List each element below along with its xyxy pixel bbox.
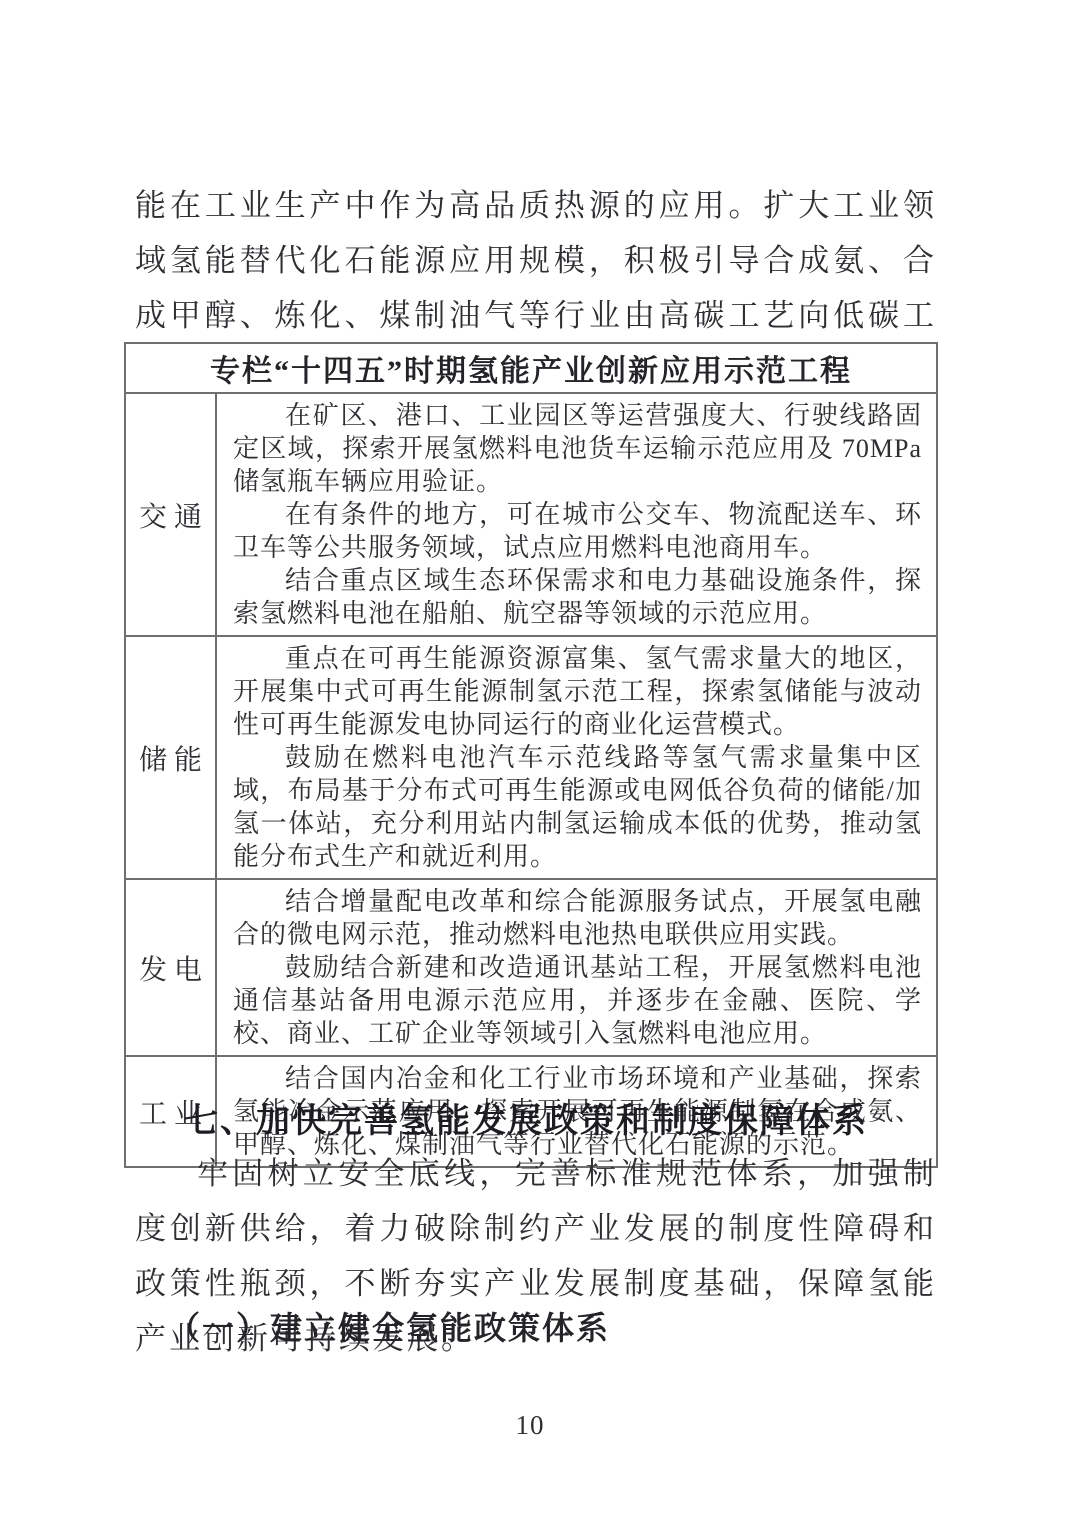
subsection-heading: （一）建立健全氢能政策体系 (168, 1303, 610, 1349)
row-content-power: 结合增量配电改革和综合能源服务试点，开展氢电融合的微电网示范，推动燃料电池热电联… (216, 879, 937, 1056)
cell-paragraph: 重点在可再生能源资源富集、氢气需求量大的地区，开展集中式可再生能源制氢示范工程，… (233, 642, 922, 741)
table-row: 发电 结合增量配电改革和综合能源服务试点，开展氢电融合的微电网示范，推动燃料电池… (125, 879, 937, 1056)
row-label-storage: 储能 (125, 636, 216, 879)
section-heading: 七、加快完善氢能发展政策和制度保障体系 (184, 1093, 868, 1142)
row-label-transport: 交通 (125, 393, 216, 636)
row-label-power: 发电 (125, 879, 216, 1056)
cell-paragraph: 结合重点区域生态环保需求和电力基础设施条件，探索氢燃料电池在船舶、航空器等领域的… (233, 564, 922, 630)
row-content-transport: 在矿区、港口、工业园区等运营强度大、行驶线路固定区域，探索开展氢燃料电池货车运输… (216, 393, 937, 636)
cell-paragraph: 在有条件的地方，可在城市公交车、物流配送车、环卫车等公共服务领域，试点应用燃料电… (233, 498, 922, 564)
document-page: 能在工业生产中作为高品质热源的应用。扩大工业领域氢能替代化石能源应用规模，积极引… (0, 0, 1080, 1528)
cell-paragraph: 结合增量配电改革和综合能源服务试点，开展氢电融合的微电网示范，推动燃料电池热电联… (233, 885, 922, 951)
page-number: 10 (0, 1410, 1060, 1441)
row-content-storage: 重点在可再生能源资源富集、氢气需求量大的地区，开展集中式可再生能源制氢示范工程，… (216, 636, 937, 879)
cell-paragraph: 鼓励在燃料电池汽车示范线路等氢气需求量集中区域，布局基于分布式可再生能源或电网低… (233, 741, 922, 873)
table-title-row: 专栏“十四五”时期氢能产业创新应用示范工程 (125, 343, 937, 393)
cell-paragraph: 在矿区、港口、工业园区等运营强度大、行驶线路固定区域，探索开展氢燃料电池货车运输… (233, 399, 922, 498)
table-title: 专栏“十四五”时期氢能产业创新应用示范工程 (125, 343, 937, 393)
cell-paragraph: 鼓励结合新建和改造通讯基站工程，开展氢燃料电池通信基站备用电源示范应用，并逐步在… (233, 951, 922, 1050)
demonstration-projects-table: 专栏“十四五”时期氢能产业创新应用示范工程 交通 在矿区、港口、工业园区等运营强… (124, 342, 938, 1168)
special-column-table: 专栏“十四五”时期氢能产业创新应用示范工程 交通 在矿区、港口、工业园区等运营强… (124, 342, 936, 1168)
table-row: 储能 重点在可再生能源资源富集、氢气需求量大的地区，开展集中式可再生能源制氢示范… (125, 636, 937, 879)
table-row: 交通 在矿区、港口、工业园区等运营强度大、行驶线路固定区域，探索开展氢燃料电池货… (125, 393, 937, 636)
